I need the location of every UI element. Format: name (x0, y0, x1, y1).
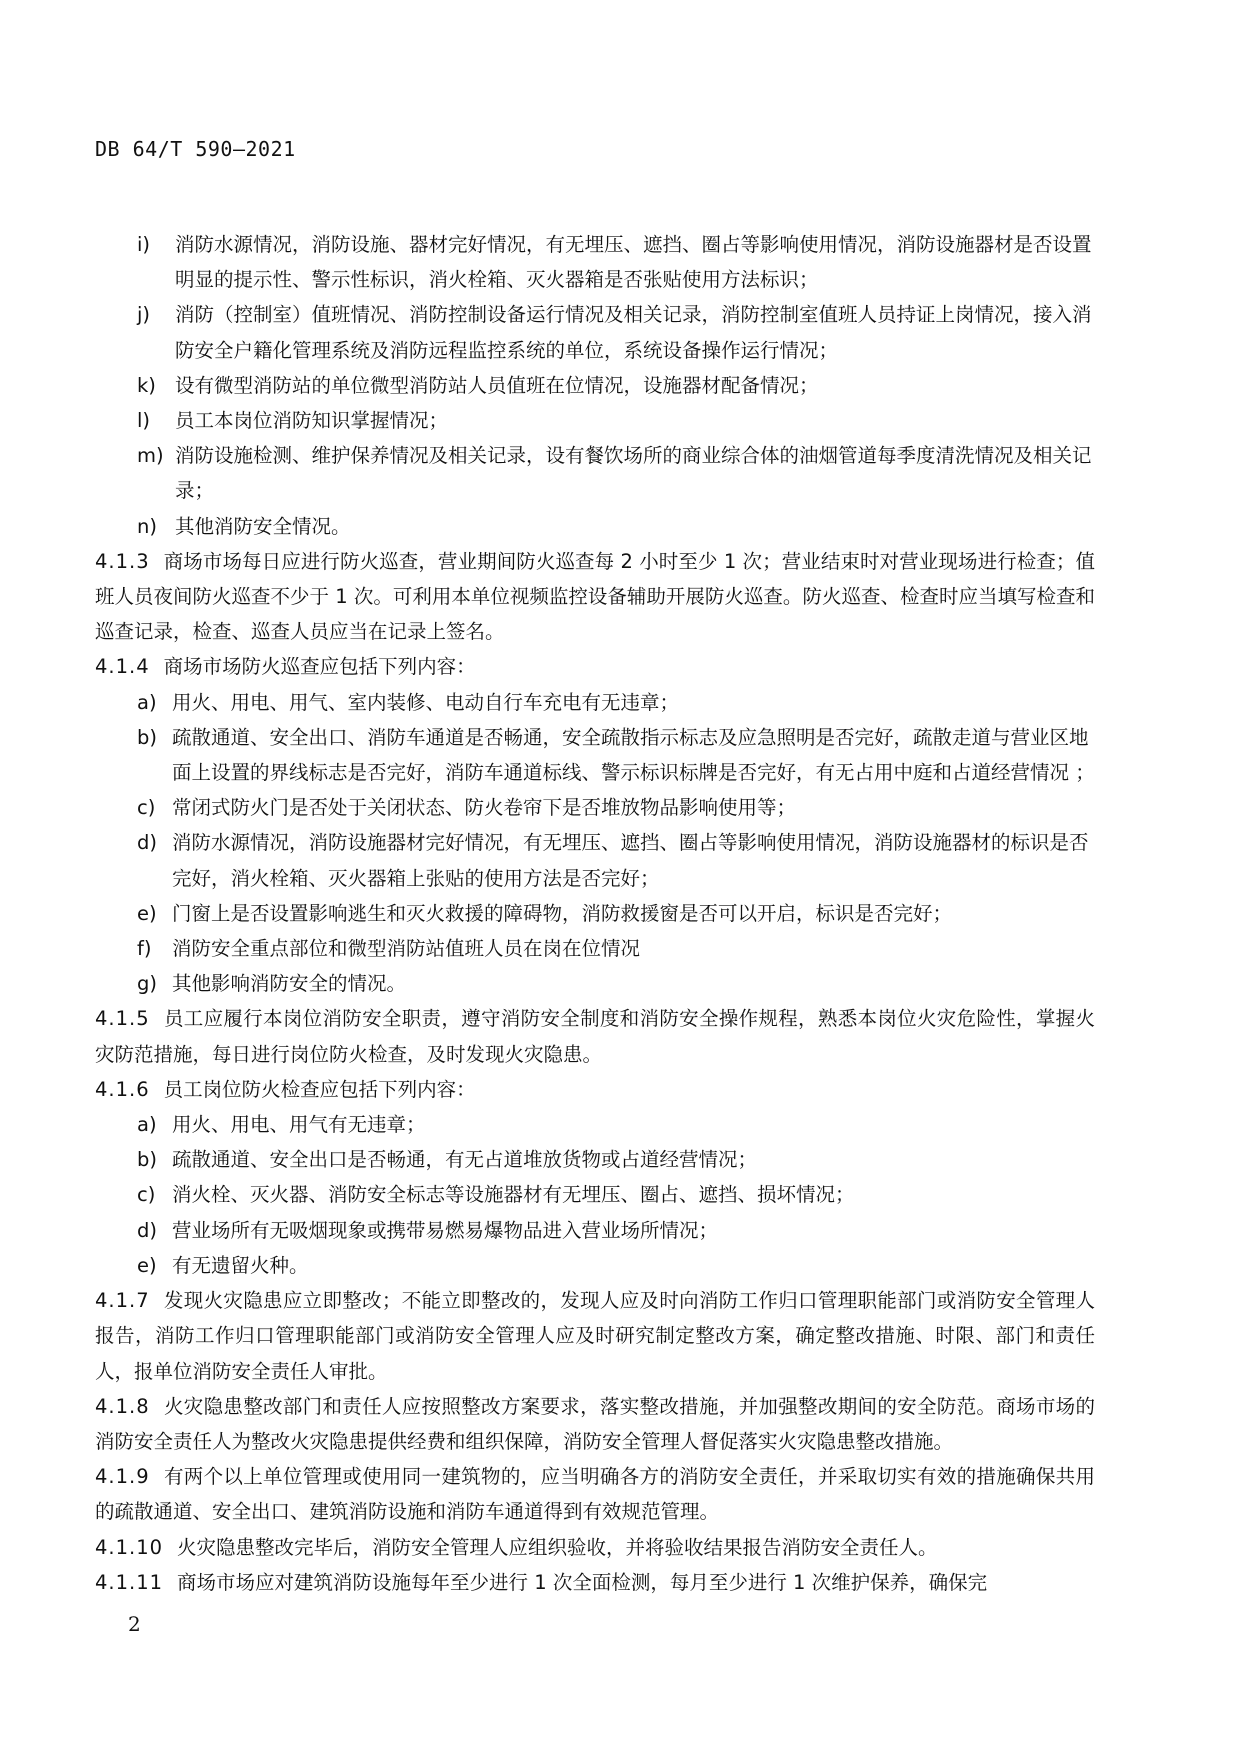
list-marker: a) (137, 1107, 157, 1142)
sub-item-f: f) 消防安全重点部位和微型消防站值班人员在岗在位情况 (95, 931, 1095, 966)
clause-text: 商场市场防火巡查应包括下列内容： (164, 655, 476, 678)
list-marker: c) (137, 790, 155, 825)
list-marker: b) (137, 1142, 157, 1177)
clause-text: 发现火灾隐患应立即整改；不能立即整改的，发现人应及时向消防工作归口管理职能部门或… (95, 1289, 1095, 1382)
list-item-text: 消防安全重点部位和微型消防站值班人员在岗在位情况 (172, 937, 640, 960)
page-number: 2 (128, 1612, 141, 1636)
clause-number: 4.1.3 (95, 544, 150, 579)
list-item-text: 消防水源情况，消防设施器材完好情况，有无埋压、遮挡、圈占等影响使用情况，消防设施… (172, 831, 1089, 889)
clause-text: 火灾隐患整改部门和责任人应按照整改方案要求，落实整改措施，并加强整改期间的安全防… (95, 1395, 1095, 1453)
list-item-text: 员工本岗位消防知识掌握情况； (175, 409, 448, 432)
standard-code-header: DB 64/T 590—2021 (95, 137, 296, 161)
clause-number: 4.1.7 (95, 1283, 150, 1318)
sub-item-a: a) 用火、用电、用气、室内装修、电动自行车充电有无违章； (95, 685, 1095, 720)
list-marker: k) (137, 368, 156, 403)
clause-number: 4.1.4 (95, 649, 150, 684)
list-item-text: 门窗上是否设置影响逃生和灭火救援的障碍物，消防救援窗是否可以开启，标识是否完好； (172, 902, 952, 925)
list-marker: a) (137, 685, 157, 720)
clause-4-1-7: 4.1.7发现火灾隐患应立即整改；不能立即整改的，发现人应及时向消防工作归口管理… (95, 1283, 1095, 1389)
list-marker: g) (137, 966, 157, 1001)
list-item-text: 消火栓、灭火器、消防安全标志等设施器材有无埋压、圈占、遮挡、损坏情况； (172, 1183, 855, 1206)
list-marker: d) (137, 825, 157, 860)
list-item-text: 有无遗留火种。 (172, 1254, 309, 1277)
sub-item-a: a) 用火、用电、用气有无违章； (95, 1107, 1095, 1142)
clause-4-1-11: 4.1.11商场市场应对建筑消防设施每年至少进行 1 次全面检测，每月至少进行 … (95, 1565, 1095, 1600)
list-marker: e) (137, 1248, 157, 1283)
clause-number: 4.1.8 (95, 1389, 150, 1424)
sub-item-c: c) 常闭式防火门是否处于关闭状态、防火卷帘下是否堆放物品影响使用等； (95, 790, 1095, 825)
list-marker: m) (137, 438, 164, 473)
clause-4-1-9: 4.1.9有两个以上单位管理或使用同一建筑物的，应当明确各方的消防安全责任，并采… (95, 1459, 1095, 1529)
list-item-n: n) 其他消防安全情况。 (95, 509, 1095, 544)
sub-item-b: b) 疏散通道、安全出口是否畅通，有无占道堆放货物或占道经营情况； (95, 1142, 1095, 1177)
sub-item-b: b) 疏散通道、安全出口、消防车通道是否畅通，安全疏散指示标志及应急照明是否完好… (95, 720, 1095, 790)
list-marker: b) (137, 720, 157, 755)
list-marker: f) (137, 931, 151, 966)
list-item-text: 消防（控制室）值班情况、消防控制设备运行情况及相关记录，消防控制室值班人员持证上… (175, 303, 1092, 361)
clause-text: 员工岗位防火检查应包括下列内容： (164, 1078, 476, 1101)
clause-number: 4.1.11 (95, 1565, 163, 1600)
clause-number: 4.1.10 (95, 1530, 163, 1565)
list-item-text: 疏散通道、安全出口、消防车通道是否畅通，安全疏散指示标志及应急照明是否完好，疏散… (172, 726, 1095, 784)
list-item-k: k) 设有微型消防站的单位微型消防站人员值班在位情况，设施器材配备情况； (95, 368, 1095, 403)
list-marker: c) (137, 1177, 155, 1212)
list-item-j: j) 消防（控制室）值班情况、消防控制设备运行情况及相关记录，消防控制室值班人员… (95, 297, 1095, 367)
clause-text: 商场市场每日应进行防火巡查，营业期间防火巡查每 2 小时至少 1 次；营业结束时… (95, 550, 1095, 643)
list-item-text: 疏散通道、安全出口是否畅通，有无占道堆放货物或占道经营情况； (172, 1148, 757, 1171)
clause-text: 员工应履行本岗位消防安全职责，遵守消防安全制度和消防安全操作规程，熟悉本岗位火灾… (95, 1007, 1095, 1065)
list-item-text: 其他消防安全情况。 (175, 515, 351, 538)
list-item-m: m) 消防设施检测、维护保养情况及相关记录，设有餐饮场所的商业综合体的油烟管道每… (95, 438, 1095, 508)
clause-text: 火灾隐患整改完毕后，消防安全管理人应组织验收，并将验收结果报告消防安全责任人。 (177, 1536, 938, 1559)
list-item-text: 常闭式防火门是否处于关闭状态、防火卷帘下是否堆放物品影响使用等； (172, 796, 796, 819)
clause-text: 商场市场应对建筑消防设施每年至少进行 1 次全面检测，每月至少进行 1 次维护保… (177, 1571, 987, 1594)
sub-item-d: d) 消防水源情况，消防设施器材完好情况，有无埋压、遮挡、圈占等影响使用情况，消… (95, 825, 1095, 895)
list-item-text: 营业场所有无吸烟现象或携带易燃易爆物品进入营业场所情况； (172, 1219, 718, 1242)
clause-4-1-8: 4.1.8火灾隐患整改部门和责任人应按照整改方案要求，落实整改措施，并加强整改期… (95, 1389, 1095, 1459)
clause-number: 4.1.6 (95, 1072, 150, 1107)
list-item-text: 消防水源情况，消防设施、器材完好情况，有无埋压、遮挡、圈占等影响使用情况，消防设… (175, 233, 1092, 291)
clause-4-1-4: 4.1.4商场市场防火巡查应包括下列内容： (95, 649, 1095, 684)
clause-number: 4.1.5 (95, 1001, 150, 1036)
list-item-i: i) 消防水源情况，消防设施、器材完好情况，有无埋压、遮挡、圈占等影响使用情况，… (95, 227, 1095, 297)
list-marker: d) (137, 1213, 157, 1248)
clause-4-1-5: 4.1.5员工应履行本岗位消防安全职责，遵守消防安全制度和消防安全操作规程，熟悉… (95, 1001, 1095, 1071)
list-marker: e) (137, 896, 157, 931)
sub-item-e: e) 有无遗留火种。 (95, 1248, 1095, 1283)
list-marker: i) (137, 227, 150, 262)
list-item-text: 用火、用电、用气有无违章； (172, 1113, 426, 1136)
list-item-text: 消防设施检测、维护保养情况及相关记录，设有餐饮场所的商业综合体的油烟管道每季度清… (175, 444, 1092, 502)
document-body: i) 消防水源情况，消防设施、器材完好情况，有无埋压、遮挡、圈占等影响使用情况，… (95, 227, 1095, 1600)
list-item-text: 其他影响消防安全的情况。 (172, 972, 406, 995)
clause-4-1-10: 4.1.10火灾隐患整改完毕后，消防安全管理人应组织验收，并将验收结果报告消防安… (95, 1530, 1095, 1565)
clause-4-1-6: 4.1.6员工岗位防火检查应包括下列内容： (95, 1072, 1095, 1107)
list-marker: n) (137, 509, 157, 544)
list-item-text: 设有微型消防站的单位微型消防站人员值班在位情况，设施器材配备情况； (175, 374, 819, 397)
sub-item-d: d) 营业场所有无吸烟现象或携带易燃易爆物品进入营业场所情况； (95, 1213, 1095, 1248)
list-marker: l) (137, 403, 150, 438)
list-item-l: l) 员工本岗位消防知识掌握情况； (95, 403, 1095, 438)
clause-4-1-3: 4.1.3商场市场每日应进行防火巡查，营业期间防火巡查每 2 小时至少 1 次；… (95, 544, 1095, 650)
sub-item-c: c) 消火栓、灭火器、消防安全标志等设施器材有无埋压、圈占、遮挡、损坏情况； (95, 1177, 1095, 1212)
clause-number: 4.1.9 (95, 1459, 150, 1494)
sub-item-g: g) 其他影响消防安全的情况。 (95, 966, 1095, 1001)
clause-text: 有两个以上单位管理或使用同一建筑物的，应当明确各方的消防安全责任，并采取切实有效… (95, 1465, 1095, 1523)
sub-item-e: e) 门窗上是否设置影响逃生和灭火救援的障碍物，消防救援窗是否可以开启，标识是否… (95, 896, 1095, 931)
list-item-text: 用火、用电、用气、室内装修、电动自行车充电有无违章； (172, 691, 679, 714)
list-marker: j) (137, 297, 150, 332)
